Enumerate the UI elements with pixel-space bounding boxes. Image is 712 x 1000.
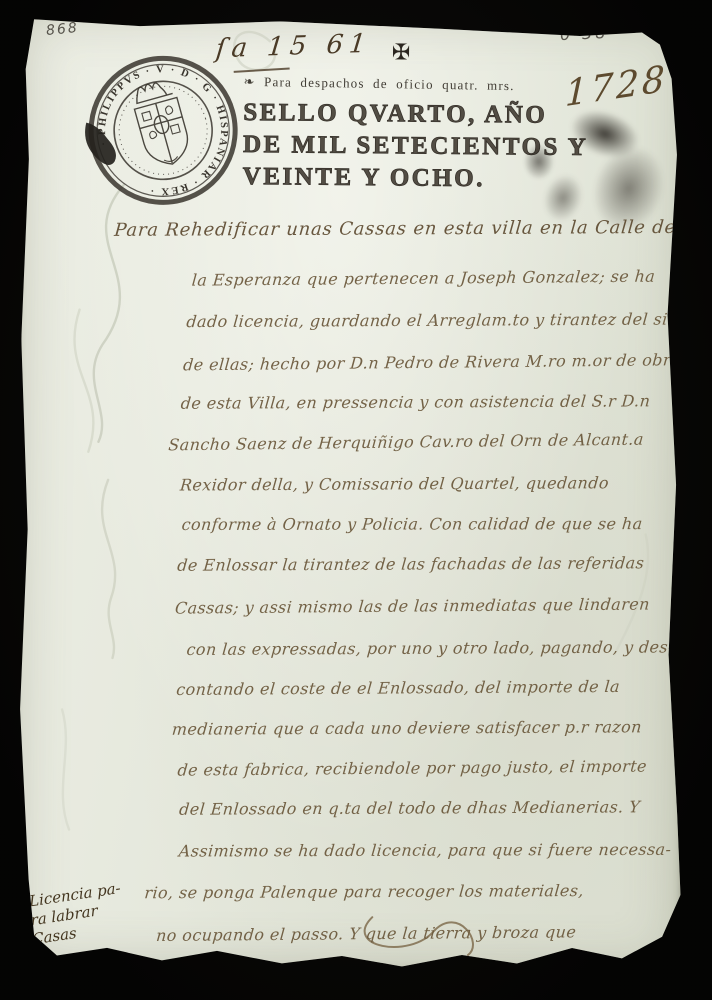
manuscript-line: de esta fabrica, recibiendole por pago j… [177, 756, 648, 779]
manuscript-line: conforme à Ornato y Policia. Con calidad… [181, 514, 644, 534]
year-annotation-ink: 1728 [565, 58, 669, 115]
manuscript-line: la Esperanza que pertenecen a Joseph Gon… [191, 267, 656, 290]
manuscript-line: del Enlossado en q.ta del todo de dhas M… [178, 797, 640, 818]
manuscript-line: Assimismo se ha dado licencia, para que … [178, 840, 672, 861]
maltese-cross-ornament: ✠ [392, 40, 411, 65]
manuscript-line: de esta Villa, en pressencia y con asist… [180, 391, 651, 412]
manuscript-line: dado licencia, guardando el Arreglam.to … [186, 309, 691, 331]
photo-background: · PHILIPPVS · V · D · G · HISPANIAR · RE… [0, 0, 712, 1000]
archive-number-pencil: 868 [45, 20, 79, 39]
ink-speck [517, 135, 561, 187]
manuscript-line: Rexidor della, y Comissario del Quartel,… [179, 473, 610, 494]
margin-note: Licencia pa- ra labrar Casas [29, 879, 125, 950]
manuscript-line: Para Rehedificar unas Cassas en esta vil… [113, 217, 676, 241]
manuscript-line: de ellas; hecho por D.n Pedro de Rivera … [182, 350, 690, 374]
manuscript-line: no ocupando el passo. Y que la tierra y … [155, 922, 577, 945]
shelfmark-pencil: 0-38 [560, 23, 609, 44]
manuscript-line: contando el coste de el Enlossado, del i… [176, 677, 621, 699]
document-page: · PHILIPPVS · V · D · G · HISPANIAR · RE… [12, 9, 688, 973]
manuscript-line: Sancho Saenz de Herquiñigo Cav.ro del Or… [168, 430, 645, 455]
manuscript-line: con las expressadas, por uno y otro lado… [186, 637, 675, 659]
manuscript-line: rio, se ponga Palenque para recoger los … [144, 881, 585, 902]
stamp-title-line-1: SELLO QVARTO, AÑO [243, 97, 589, 132]
manuscript-line: de Enlossar la tirantez de las fachadas … [177, 553, 645, 574]
manuscript-line: Cassas; y assi mismo las de las inmediat… [174, 594, 650, 617]
manuscript-line: medianeria que a cada uno deviere satisf… [171, 717, 643, 738]
ink-stroke [234, 68, 290, 73]
fee-annotation-ink: ſa 15 61 [214, 29, 373, 65]
